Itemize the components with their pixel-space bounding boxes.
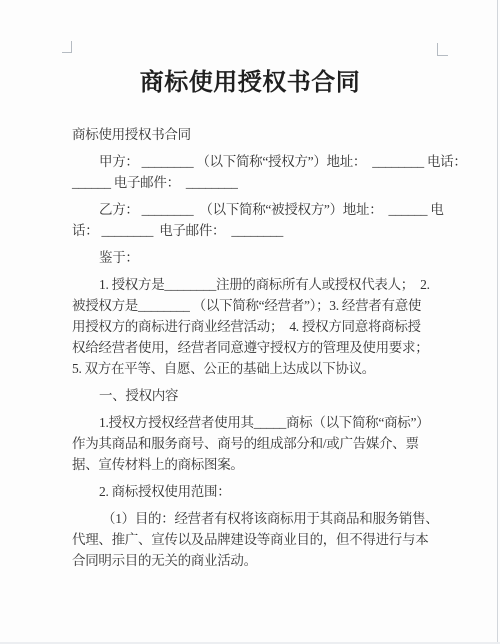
- clause2-item1-line: 代理、推广、宣传以及品牌建设等商业目的，但不得进行与本: [72, 529, 444, 550]
- whereas-label: 鉴于：: [72, 247, 444, 268]
- document-page: 商标使用授权书合同 商标使用授权书合同 甲方： ________ （以下简称“授…: [0, 0, 500, 644]
- clause2-heading: 2. 商标授权使用范围：: [72, 481, 444, 502]
- recitals-paragraph: 1. 授权方是________注册的商标所有人或授权代表人； 2. 被授权方是_…: [72, 274, 444, 379]
- party-a-line: ______ 电子邮件： ________: [72, 172, 444, 193]
- recitals-line: 用授权方的商标进行商业经营活动； 4. 授权方同意将商标授: [72, 316, 444, 337]
- clause1-paragraph: 1.授权方授权经营者使用其_____商标（以下简称“商标”） 作为其商品和服务商…: [72, 412, 444, 475]
- clause2-heading-paragraph: 2. 商标授权使用范围：: [72, 481, 444, 502]
- contract-body: 商标使用授权书合同 甲方： ________ （以下简称“授权方”）地址： __…: [72, 124, 444, 571]
- clause1-line: 作为其商品和服务商号、商号的组成部分和/或广告媒介、票: [72, 433, 444, 454]
- party-b-paragraph: 乙方： ________ （以下简称“被授权方”）地址： ______ 电 话：…: [72, 199, 444, 241]
- clause2-item1-paragraph: （1）目的：经营者有权将该商标用于其商品和服务销售、 代理、推广、宣传以及品牌建…: [72, 508, 444, 571]
- clause2-item1-line: 合同明示目的无关的商业活动。: [72, 550, 444, 571]
- clause2-item1-line: （1）目的：经营者有权将该商标用于其商品和服务销售、: [72, 508, 444, 529]
- recitals-line: 1. 授权方是________注册的商标所有人或授权代表人； 2.: [72, 274, 444, 295]
- section1-heading-paragraph: 一、授权内容: [72, 385, 444, 406]
- whereas-paragraph: 鉴于：: [72, 247, 444, 268]
- margin-crop-mark-right: [437, 43, 448, 56]
- contract-subtitle: 商标使用授权书合同: [72, 124, 444, 145]
- party-a-paragraph: 甲方： ________ （以下简称“授权方”）地址： ________ 电话：…: [72, 151, 444, 193]
- page-edge-line: [497, 0, 498, 644]
- clause1-line: 据、宣传材料上的商标图案。: [72, 454, 444, 475]
- margin-crop-mark-left: [62, 41, 72, 53]
- section1-heading: 一、授权内容: [72, 385, 444, 406]
- clause1-line: 1.授权方授权经营者使用其_____商标（以下简称“商标”）: [72, 412, 444, 433]
- contract-subtitle-paragraph: 商标使用授权书合同: [72, 124, 444, 145]
- party-b-line: 话： ________ 电子邮件： ________: [72, 220, 444, 241]
- recitals-line: 被授权方是________ （以下简称“经营者”）；3. 经营者有意使: [72, 295, 444, 316]
- party-b-line: 乙方： ________ （以下简称“被授权方”）地址： ______ 电: [72, 199, 444, 220]
- party-a-line: 甲方： ________ （以下简称“授权方”）地址： ________ 电话：: [72, 151, 444, 172]
- recitals-line: 5. 双方在平等、自愿、公正的基础上达成以下协议。: [72, 358, 444, 379]
- contract-title: 商标使用授权书合同: [0, 68, 500, 98]
- recitals-line: 权给经营者使用，经营者同意遵守授权方的管理及使用要求；: [72, 337, 444, 358]
